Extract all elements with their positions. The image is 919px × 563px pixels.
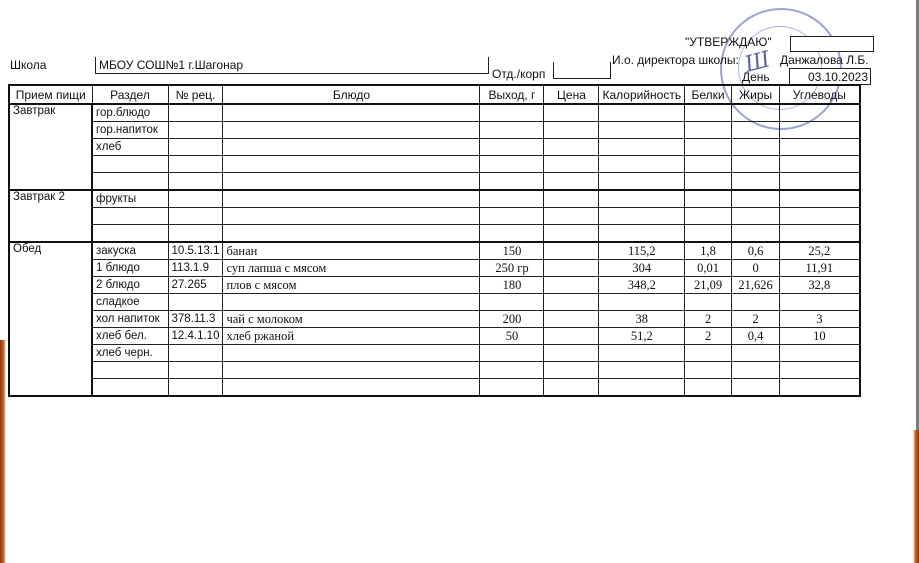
cell-fat: [732, 139, 780, 156]
table-row: Обедзакуска10.5.13.1банан150115,21,80,62…: [9, 242, 860, 260]
cell-carbs: 11,91: [780, 260, 860, 277]
column-header-dish: Блюдо: [223, 85, 480, 104]
cell-yield: [480, 294, 544, 311]
cell-price: [544, 139, 599, 156]
cell-dish: плов с мясом: [223, 277, 480, 294]
table-row: хлеб: [9, 139, 860, 156]
table-row: [9, 173, 860, 191]
school-value: МБОУ СОШ№1 г.Шагонар: [99, 58, 243, 72]
cell-price: [544, 260, 599, 277]
cell-kcal: 38: [599, 311, 685, 328]
cell-yield: 180: [480, 277, 544, 294]
cell-recipe: [168, 379, 223, 397]
cell-recipe: 378.11.3: [168, 311, 223, 328]
cell-price: [544, 242, 599, 260]
day-label: День: [742, 70, 770, 84]
cell-price: [544, 225, 599, 243]
cell-yield: 50: [480, 328, 544, 345]
cell-kcal: 51,2: [599, 328, 685, 345]
approve-box: [790, 36, 874, 52]
cell-dish: [223, 173, 480, 191]
day-field: 03.10.2023: [789, 68, 871, 85]
cell-yield: [480, 345, 544, 362]
table-header-row: Прием пищиРаздел№ рец.БлюдоВыход, гЦенаК…: [9, 85, 860, 104]
cell-section: 1 блюдо: [92, 260, 168, 277]
cell-protein: [685, 190, 732, 208]
cell-section: хлеб черн.: [92, 345, 168, 362]
director-label: И.о. директора школы:: [612, 53, 739, 67]
cell-dish: [223, 379, 480, 397]
cell-fat: [732, 122, 780, 139]
cell-section: закуска: [92, 242, 168, 260]
cell-recipe: [168, 345, 223, 362]
cell-yield: [480, 362, 544, 379]
cell-protein: [685, 208, 732, 225]
cell-kcal: [599, 104, 685, 122]
cell-price: [544, 173, 599, 191]
column-header-yield: Выход, г: [480, 85, 544, 104]
cell-yield: [480, 122, 544, 139]
cell-recipe: 113.1.9: [168, 260, 223, 277]
column-header-fat: Жиры: [732, 85, 780, 104]
table-row: 1 блюдо113.1.9суп лапша с мясом250 гр304…: [9, 260, 860, 277]
table-row: [9, 156, 860, 173]
cell-recipe: [168, 104, 223, 122]
table-row: 2 блюдо27.265плов с мясом180348,221,0921…: [9, 277, 860, 294]
cell-kcal: [599, 345, 685, 362]
cell-price: [544, 328, 599, 345]
cell-protein: [685, 225, 732, 243]
cell-carbs: [780, 190, 860, 208]
cell-kcal: [599, 173, 685, 191]
column-header-kcal: Калорийность: [599, 85, 685, 104]
cell-dish: хлеб ржаной: [223, 328, 480, 345]
cell-carbs: [780, 294, 860, 311]
cell-kcal: 348,2: [599, 277, 685, 294]
cell-kcal: [599, 139, 685, 156]
cell-section: [92, 379, 168, 397]
table-row: хол напиток378.11.3чай с молоком20038223: [9, 311, 860, 328]
cell-dish: [223, 362, 480, 379]
cell-carbs: 3: [780, 311, 860, 328]
cell-price: [544, 122, 599, 139]
cell-price: [544, 156, 599, 173]
table-row: хлеб черн.: [9, 345, 860, 362]
director-name: Данжалова Л.Б.: [780, 53, 869, 67]
cell-fat: 0,4: [732, 328, 780, 345]
cell-yield: [480, 190, 544, 208]
meal-name: Завтрак: [9, 104, 92, 190]
cell-yield: [480, 173, 544, 191]
cell-section: хлеб: [92, 139, 168, 156]
cell-fat: [732, 173, 780, 191]
cell-dish: [223, 294, 480, 311]
cell-carbs: [780, 104, 860, 122]
cell-protein: [685, 362, 732, 379]
cell-carbs: [780, 173, 860, 191]
table-row: Завтракгор.блюдо: [9, 104, 860, 122]
table-row: [9, 362, 860, 379]
cell-price: [544, 345, 599, 362]
column-header-meal: Прием пищи: [9, 85, 92, 104]
column-header-protein: Белки: [685, 85, 732, 104]
cell-yield: 150: [480, 242, 544, 260]
cell-dish: [223, 122, 480, 139]
cell-kcal: 115,2: [599, 242, 685, 260]
cell-protein: [685, 173, 732, 191]
cell-fat: [732, 225, 780, 243]
cell-price: [544, 294, 599, 311]
table-row: [9, 225, 860, 243]
cell-yield: 200: [480, 311, 544, 328]
cell-protein: 1,8: [685, 242, 732, 260]
dept-label: Отд./корп: [492, 67, 545, 81]
cell-dish: [223, 156, 480, 173]
cell-kcal: [599, 379, 685, 397]
cell-section: [92, 173, 168, 191]
cell-recipe: 12.4.1.10: [168, 328, 223, 345]
cell-kcal: 304: [599, 260, 685, 277]
cell-section: хол напиток: [92, 311, 168, 328]
cell-protein: [685, 379, 732, 397]
table-row: хлеб бел.12.4.1.10хлеб ржаной5051,220,41…: [9, 328, 860, 345]
cell-carbs: 25,2: [780, 242, 860, 260]
cell-protein: [685, 122, 732, 139]
cell-protein: 0,01: [685, 260, 732, 277]
cell-fat: [732, 345, 780, 362]
cell-carbs: [780, 139, 860, 156]
cell-protein: [685, 156, 732, 173]
cell-carbs: [780, 122, 860, 139]
day-value: 03.10.2023: [808, 70, 868, 84]
table-row: [9, 208, 860, 225]
cell-fat: [732, 294, 780, 311]
cell-section: [92, 208, 168, 225]
column-header-carbs: Углеводы: [780, 85, 860, 104]
column-header-recipe: № рец.: [168, 85, 223, 104]
cell-recipe: [168, 190, 223, 208]
cell-carbs: [780, 225, 860, 243]
cell-protein: 2: [685, 328, 732, 345]
school-label: Школа: [10, 58, 46, 72]
cell-fat: 0: [732, 260, 780, 277]
cell-price: [544, 190, 599, 208]
cell-yield: [480, 104, 544, 122]
cell-section: гор.напиток: [92, 122, 168, 139]
cell-carbs: [780, 362, 860, 379]
cell-dish: суп лапша с мясом: [223, 260, 480, 277]
cell-protein: [685, 345, 732, 362]
approve-label: "УТВЕРЖДАЮ": [685, 35, 772, 49]
cell-fat: [732, 156, 780, 173]
cell-carbs: [780, 208, 860, 225]
cell-protein: [685, 139, 732, 156]
cell-section: хлеб бел.: [92, 328, 168, 345]
cell-fat: [732, 104, 780, 122]
cell-yield: [480, 156, 544, 173]
table-row: [9, 379, 860, 397]
cell-yield: [480, 225, 544, 243]
cell-recipe: 27.265: [168, 277, 223, 294]
school-field: МБОУ СОШ№1 г.Шагонар: [95, 57, 489, 74]
column-header-section: Раздел: [92, 85, 168, 104]
cell-yield: [480, 208, 544, 225]
cell-section: [92, 362, 168, 379]
paper-edge-right-bottom: [913, 430, 919, 563]
cell-recipe: [168, 294, 223, 311]
cell-recipe: [168, 225, 223, 243]
cell-price: [544, 208, 599, 225]
cell-recipe: [168, 173, 223, 191]
cell-fat: 21,626: [732, 277, 780, 294]
cell-price: [544, 311, 599, 328]
cell-fat: [732, 379, 780, 397]
cell-fat: [732, 208, 780, 225]
cell-dish: банан: [223, 242, 480, 260]
meal-name: Завтрак 2: [9, 190, 92, 242]
cell-price: [544, 379, 599, 397]
cell-section: 2 блюдо: [92, 277, 168, 294]
cell-fat: 0,6: [732, 242, 780, 260]
cell-kcal: [599, 190, 685, 208]
cell-recipe: [168, 139, 223, 156]
cell-price: [544, 277, 599, 294]
cell-kcal: [599, 208, 685, 225]
dept-field: [553, 62, 611, 79]
cell-kcal: [599, 225, 685, 243]
table-row: Завтрак 2фрукты: [9, 190, 860, 208]
column-header-price: Цена: [544, 85, 599, 104]
cell-carbs: [780, 156, 860, 173]
cell-kcal: [599, 362, 685, 379]
cell-section: сладкое: [92, 294, 168, 311]
cell-carbs: 10: [780, 328, 860, 345]
cell-dish: [223, 208, 480, 225]
meal-name: Обед: [9, 242, 92, 396]
cell-dish: [223, 139, 480, 156]
cell-price: [544, 362, 599, 379]
cell-fat: 2: [732, 311, 780, 328]
cell-dish: чай с молоком: [223, 311, 480, 328]
cell-kcal: [599, 122, 685, 139]
cell-fat: [732, 190, 780, 208]
cell-dish: [223, 225, 480, 243]
cell-carbs: 32,8: [780, 277, 860, 294]
cell-carbs: [780, 379, 860, 397]
cell-yield: [480, 139, 544, 156]
cell-protein: 21,09: [685, 277, 732, 294]
cell-section: [92, 156, 168, 173]
cell-dish: [223, 190, 480, 208]
cell-kcal: [599, 294, 685, 311]
cell-section: фрукты: [92, 190, 168, 208]
table-row: сладкое: [9, 294, 860, 311]
cell-section: [92, 225, 168, 243]
cell-recipe: [168, 208, 223, 225]
menu-table: Прием пищиРаздел№ рец.БлюдоВыход, гЦенаК…: [8, 84, 861, 397]
paper-edge-left: [0, 340, 6, 563]
cell-protein: [685, 294, 732, 311]
cell-recipe: 10.5.13.1: [168, 242, 223, 260]
cell-kcal: [599, 156, 685, 173]
cell-price: [544, 104, 599, 122]
cell-fat: [732, 362, 780, 379]
cell-protein: 2: [685, 311, 732, 328]
cell-dish: [223, 104, 480, 122]
cell-carbs: [780, 345, 860, 362]
table-row: гор.напиток: [9, 122, 860, 139]
cell-dish: [223, 345, 480, 362]
cell-recipe: [168, 156, 223, 173]
cell-section: гор.блюдо: [92, 104, 168, 122]
cell-protein: [685, 104, 732, 122]
cell-recipe: [168, 122, 223, 139]
cell-yield: [480, 379, 544, 397]
cell-recipe: [168, 362, 223, 379]
cell-yield: 250 гр: [480, 260, 544, 277]
